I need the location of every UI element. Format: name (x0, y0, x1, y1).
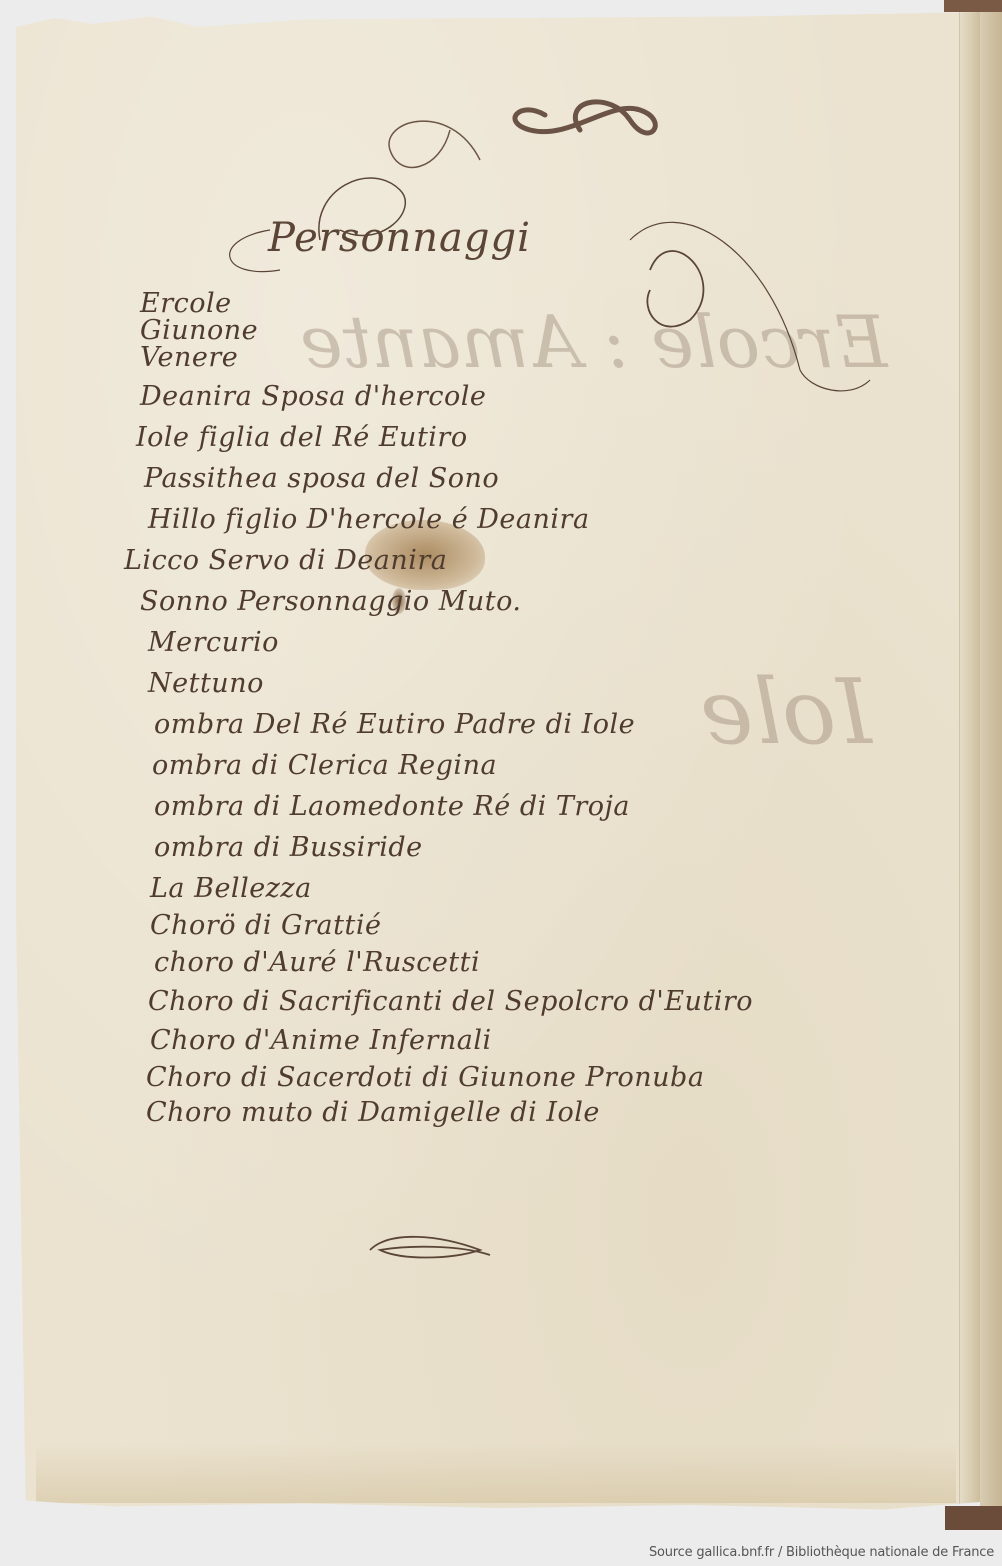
character-entry: Chorö di Grattié (150, 905, 753, 946)
character-entry: Deanira Sposa d'hercole (140, 376, 753, 417)
scan-area: Ercole : Amante Iole Personnaggi Ercole … (0, 0, 1002, 1530)
character-entry: Hillo figlio D'hercole é Deanira (148, 499, 753, 540)
character-entry: Choro d'Anime Infernali (150, 1020, 753, 1061)
page-title: Personnaggi (268, 215, 531, 261)
character-entry: Passithea sposa del Sono (144, 458, 753, 499)
character-entry: Nettuno (148, 663, 753, 704)
book-binding (980, 0, 1002, 1530)
binding-cover-bottom (945, 1506, 1002, 1530)
character-entry: Sonno Personnaggio Muto. (140, 581, 753, 622)
character-entry: Choro di Sacrificanti del Sepolcro d'Eut… (148, 981, 753, 1022)
binding-cover-top (944, 0, 1002, 12)
character-entry: Choro muto di Damigelle di Iole (146, 1092, 753, 1133)
bottom-flourish-ornament (360, 1225, 500, 1265)
character-entry: choro d'Auré l'Ruscetti (154, 942, 753, 983)
source-attribution: Source gallica.bnf.fr / Bibliothèque nat… (649, 1545, 994, 1560)
character-entry: Iole figlia del Ré Eutiro (136, 417, 753, 458)
character-entry: La Bellezza (150, 868, 753, 909)
character-entry: ombra Del Ré Eutiro Padre di Iole (154, 704, 753, 745)
page-gutter (959, 12, 980, 1517)
character-list: Ercole Giunone Venere Deanira Sposa d'he… (140, 283, 753, 1133)
character-entry: ombra di Clerica Regina (152, 745, 753, 786)
character-entry: ombra di Bussiride (154, 827, 753, 868)
water-stain (36, 1443, 956, 1503)
character-entry: Venere (140, 337, 753, 378)
character-entry: Licco Servo di Deanira (124, 540, 753, 581)
character-entry: ombra di Laomedonte Ré di Troja (154, 786, 753, 827)
character-entry: Mercurio (148, 622, 753, 663)
